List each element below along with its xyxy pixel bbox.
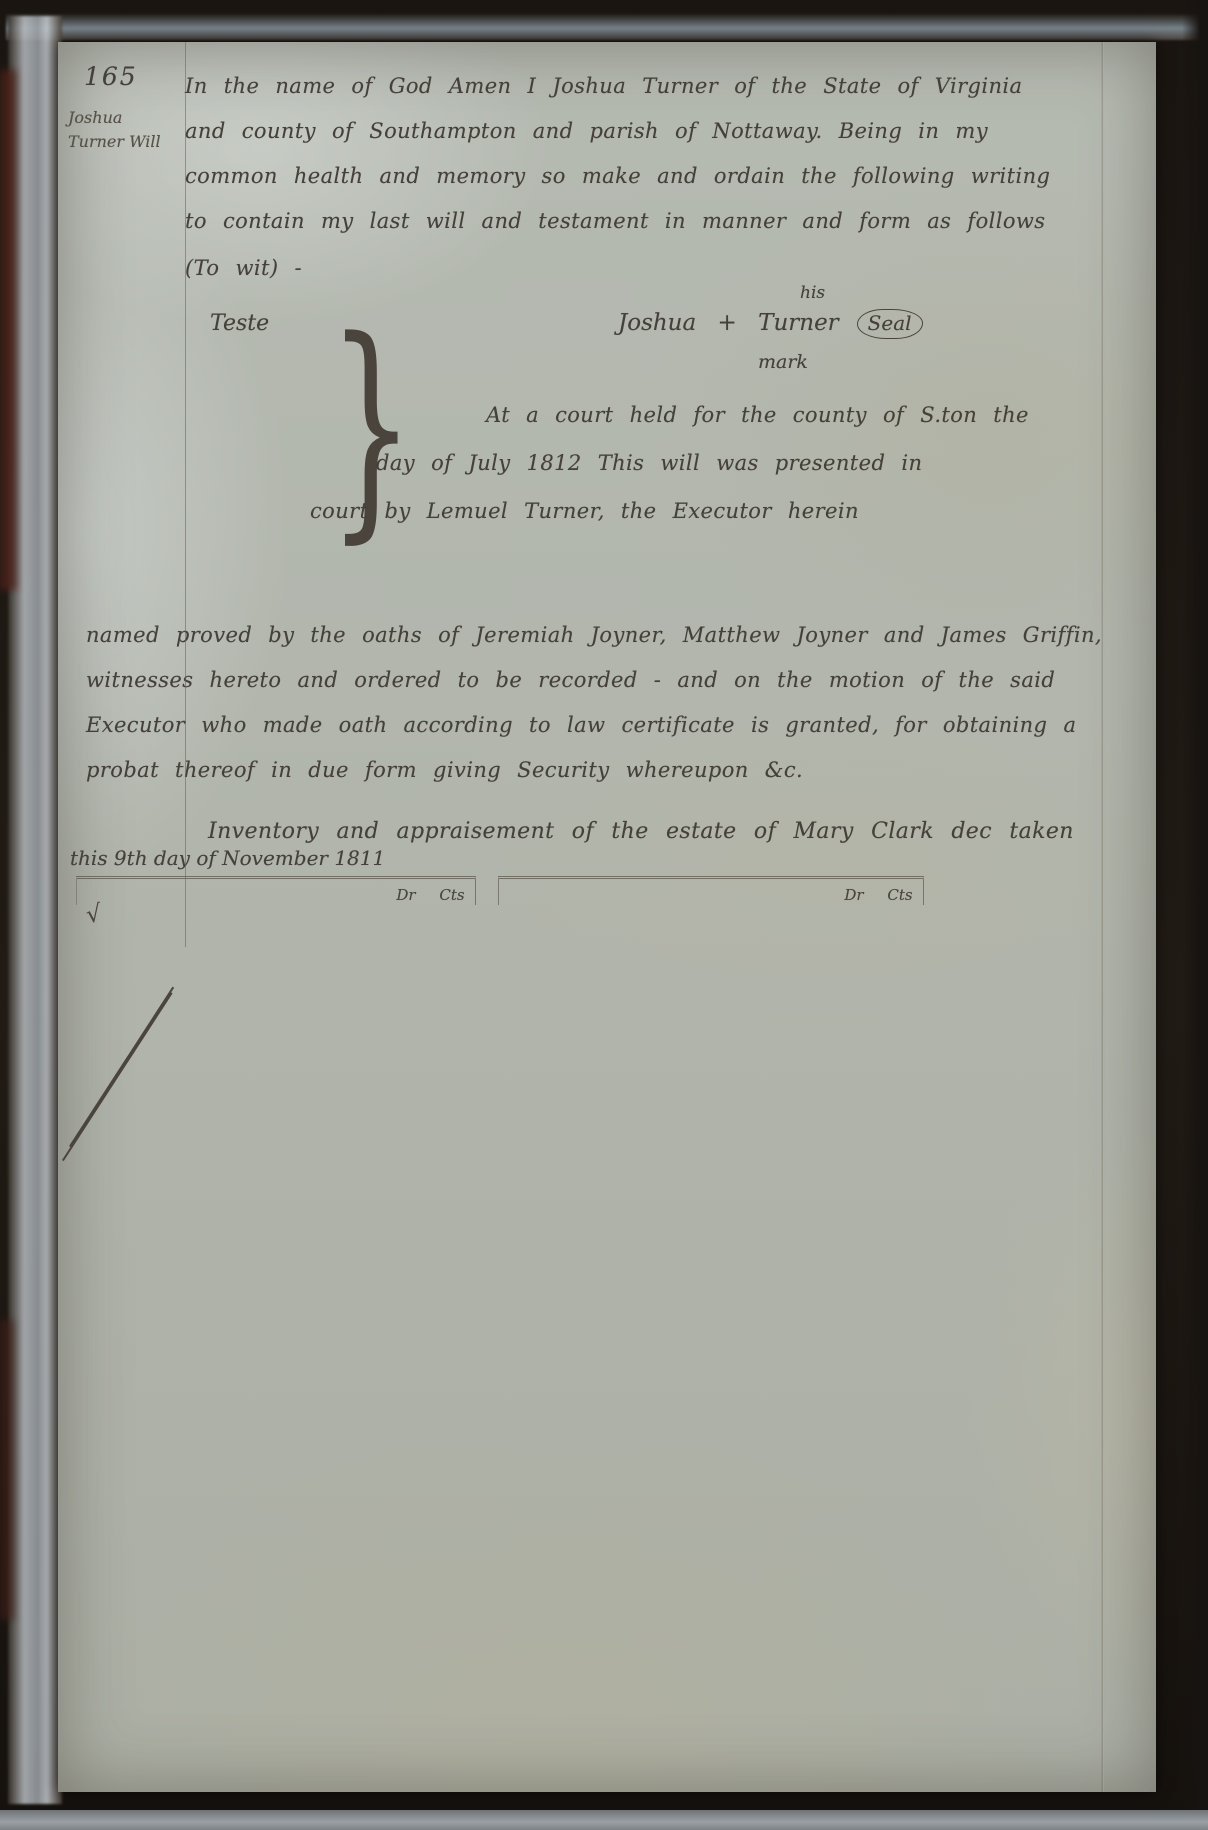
court-record-paragraph: named proved by the oaths of Jeremiah Jo…	[86, 613, 1106, 793]
witness-brace: }	[328, 291, 415, 564]
plastic-sleeve-top-edge	[6, 14, 1202, 40]
will-opening-row: 165 Joshua Turner Will In the name of Go…	[58, 42, 1156, 291]
to-wit-line: (To wit) -	[185, 246, 1070, 291]
margin-column: 165 Joshua Turner Will	[58, 42, 185, 291]
left-table-header: Dr Cts	[77, 879, 475, 905]
court-line-1: At a court held for the county of S.ton …	[486, 403, 1029, 427]
seal-badge: Seal	[857, 309, 923, 339]
pen-flourish	[62, 960, 182, 1130]
inventory-table: Dr Cts Dr Cts	[76, 876, 1146, 905]
court-line-2: day of July 1812 This will was presented…	[376, 451, 922, 475]
mark-label: mark	[758, 351, 808, 373]
binding-edge-tint	[0, 70, 16, 590]
court-line-3: court by Lemuel Turner, the Executor her…	[310, 499, 859, 523]
margin-note-line2: Turner Will	[68, 130, 185, 154]
table-surface-strip	[0, 1810, 1208, 1830]
archival-photo: 165 Joshua Turner Will In the name of Go…	[0, 0, 1208, 1830]
signature-block: Teste } his Joshua + TurnerSeal mark At …	[58, 295, 1156, 613]
right-cts-header: Cts	[877, 885, 923, 905]
left-dr-header: Dr	[383, 885, 429, 905]
page-number: 165	[84, 56, 185, 98]
left-cts-header: Cts	[429, 885, 475, 905]
inventory-left-table: Dr Cts	[76, 876, 476, 905]
binding-edge-tint-lower	[0, 1320, 14, 1620]
plastic-sleeve-left-edge	[8, 16, 62, 1804]
right-table-header: Dr Cts	[499, 879, 923, 905]
inventory-heading-line2: this 9th day of November 1811	[70, 846, 1156, 870]
teste-label: Teste	[210, 311, 269, 336]
inventory-right-table: Dr Cts	[498, 876, 924, 905]
his-label: his	[800, 283, 825, 303]
will-opening-paragraph: In the name of God Amen I Joshua Turner …	[185, 64, 1070, 244]
inventory-heading-line1: Inventory and appraisement of the estate…	[208, 819, 1156, 844]
margin-note-line1: Joshua	[68, 106, 185, 130]
testator-signature: Joshua + TurnerSeal	[618, 309, 923, 339]
photo-right-edge-shadow	[1182, 0, 1208, 1830]
testator-name-with-mark: Joshua + Turner	[618, 310, 839, 336]
document-page: 165 Joshua Turner Will In the name of Go…	[58, 42, 1156, 1792]
will-opening-text-col: In the name of God Amen I Joshua Turner …	[185, 42, 1156, 291]
right-dr-header: Dr	[831, 885, 877, 905]
